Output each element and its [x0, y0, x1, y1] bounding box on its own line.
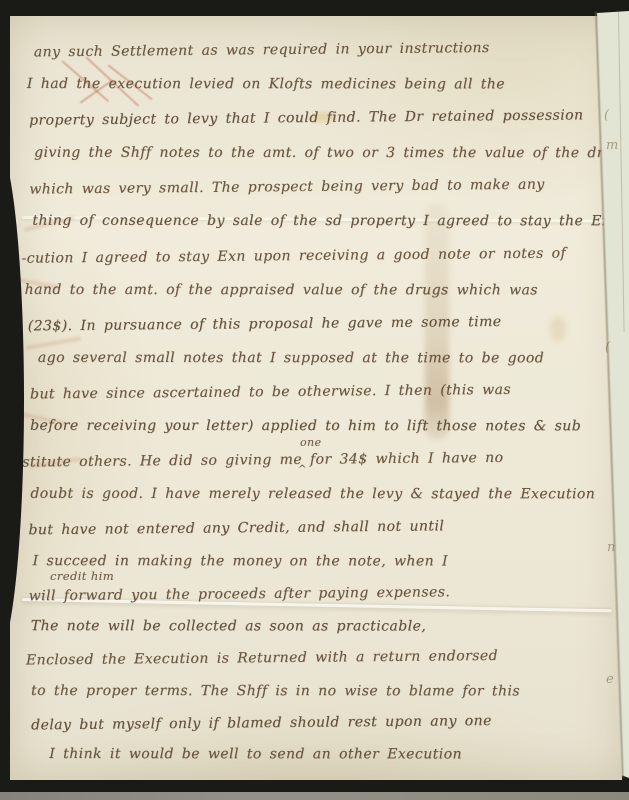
caret-mark: ^ [298, 464, 307, 475]
interlinear-insertion: credit him [50, 569, 114, 583]
edge-text-fragment: ( [605, 340, 611, 355]
manuscript-line: property subject to levy that I could fi… [29, 105, 584, 130]
interlinear-insertion: one [300, 436, 321, 449]
manuscript-body: any such Settlement as was required in y… [10, 16, 622, 780]
manuscript-line: will forward you the proceeds after payi… [29, 582, 451, 606]
manuscript-line: stitute others. He did so giving me for … [22, 448, 503, 473]
manuscript-line: Enclosed the Execution is Returned with … [26, 646, 498, 671]
manuscript-line: giving the Shff notes to the amt. of two… [34, 143, 622, 164]
manuscript-line: thing of consequence by sale of the sd p… [32, 211, 619, 232]
letter-scan: any such Settlement as was required in y… [0, 0, 629, 800]
manuscript-line: but have not entered any Credit, and sha… [28, 516, 444, 540]
manuscript-line: any such Settlement as was required in y… [34, 38, 490, 62]
manuscript-line: I had the execution levied on Klofts med… [27, 74, 505, 94]
manuscript-line: ago several small notes that I supposed … [38, 348, 544, 368]
edge-text-fragment: m [606, 138, 619, 153]
edge-text-fragment: n [607, 540, 616, 555]
manuscript-line: (23$). In pursuance of this proposal he … [28, 312, 502, 337]
manuscript-line: but have since ascertained to be otherwi… [30, 380, 511, 405]
edge-text-fragment: e [606, 672, 615, 687]
manuscript-line: I think it would be well to send an othe… [49, 744, 462, 764]
manuscript-line: before receiving your letter) applied to… [30, 416, 581, 436]
letter-page: any such Settlement as was required in y… [10, 16, 622, 780]
manuscript-line: -cution I agreed to stay Exn upon receiv… [21, 243, 566, 268]
manuscript-line: The note will be collected as soon as pr… [31, 616, 426, 636]
edge-text-fragment: ( [604, 108, 610, 123]
manuscript-line: to the proper terms. The Shff is in no w… [31, 681, 520, 701]
scan-table-edge [0, 792, 629, 800]
manuscript-line: delay but myself only if blamed should r… [31, 711, 492, 735]
manuscript-line: doubt is good. I have merely released th… [30, 484, 595, 504]
manuscript-line: which was very small. The prospect being… [29, 175, 545, 200]
manuscript-line: hand to the amt. of the appraised value … [25, 280, 538, 300]
